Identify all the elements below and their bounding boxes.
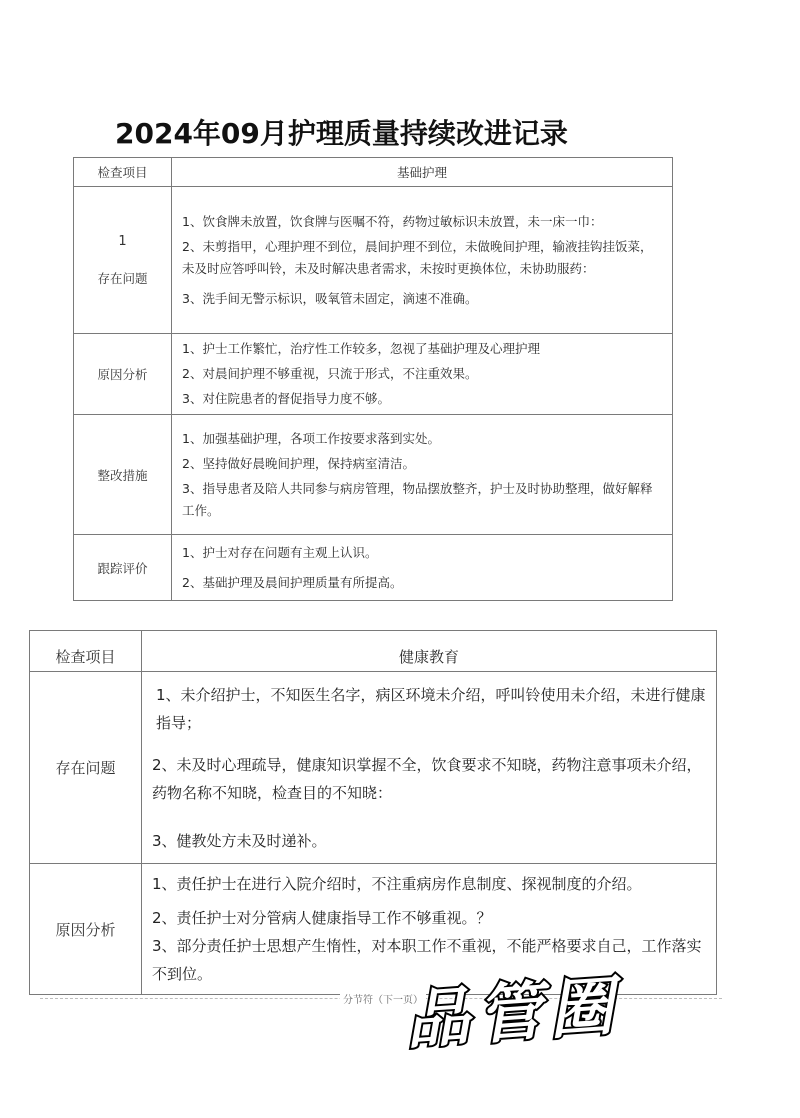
row-label: 跟踪评价 [74,535,172,601]
list-item: 2、对晨间护理不够重视，只流于形式，不注重效果。 [182,363,662,385]
list-item: 3、指导患者及陪人共同参与病房管理，物品摆放整齐，护士及时协助整理，做好解释工作… [182,478,662,522]
table-row-cause-analysis: 原因分析 1、护士工作繁忙，治疗性工作较多，忽视了基础护理及心理护理 2、对晨间… [74,334,673,415]
table-row-problems: 1 存在问题 1、饮食牌未放置，饮食牌与医嘱不符，药物过敏标识未放置，未一床一巾… [74,187,673,334]
row-label: 原因分析 [74,334,172,415]
table-header-row: 检查项目 健康教育 [30,631,717,672]
list-item: 3、对住院患者的督促指导力度不够。 [182,388,662,410]
list-item: 2、责任护士对分管病人健康指导工作不够重视。？ [152,904,706,932]
list-item: 2、坚持做好晨晚间护理，保持病室清洁。 [182,453,662,475]
table-header-row: 检查项目 基础护理 [74,158,673,187]
row-content-problems: 1、未介绍护士，不知医生名字，病区环境未介绍，呼叫铃使用未介绍，未进行健康指导；… [142,672,717,864]
watermark-logo: 品管圈 [402,955,624,1062]
header-category: 健康教育 [142,631,717,672]
basic-care-table: 检查项目 基础护理 1 存在问题 1、饮食牌未放置，饮食牌与医嘱不符，药物过敏标… [73,157,673,601]
row-number: 1 [74,234,171,249]
list-item: 2、基础护理及晨间护理质量有所提高。 [182,572,662,594]
health-education-table: 检查项目 健康教育 存在问题 1、未介绍护士，不知医生名字，病区环境未介绍，呼叫… [29,630,717,995]
row-label: 存在问题 [97,271,147,286]
table-row-corrective-measures: 整改措施 1、加强基础护理，各项工作按要求落到实处。 2、坚持做好晨晚间护理，保… [74,415,673,535]
list-item: 3、健教处方未及时递补。 [152,827,706,855]
row-content-problems: 1、饮食牌未放置，饮食牌与医嘱不符，药物过敏标识未放置，未一床一巾： 2、未剪指… [172,187,673,334]
list-item: 1、护士对存在问题有主观上认识。 [182,542,662,564]
row-content-follow-up: 1、护士对存在问题有主观上认识。 2、基础护理及晨间护理质量有所提高。 [172,535,673,601]
row-label: 原因分析 [30,864,142,995]
list-item: 1、加强基础护理，各项工作按要求落到实处。 [182,428,662,450]
table-row-problems: 存在问题 1、未介绍护士，不知医生名字，病区环境未介绍，呼叫铃使用未介绍，未进行… [30,672,717,864]
row-label: 整改措施 [74,415,172,535]
table-row-follow-up: 跟踪评价 1、护士对存在问题有主观上认识。 2、基础护理及晨间护理质量有所提高。 [74,535,673,601]
list-item: 1、饮食牌未放置，饮食牌与医嘱不符，药物过敏标识未放置，未一床一巾： [182,211,662,233]
row-content-cause-analysis: 1、护士工作繁忙，治疗性工作较多，忽视了基础护理及心理护理 2、对晨间护理不够重… [172,334,673,415]
document-title: 2024年09月护理质量持续改进记录 [115,112,568,152]
row-content-corrective-measures: 1、加强基础护理，各项工作按要求落到实处。 2、坚持做好晨晚间护理，保持病室清洁… [172,415,673,535]
list-item: 2、未剪指甲，心理护理不到位，晨间护理不到位，未做晚间护理，输液挂钩挂饭菜，未及… [182,236,662,280]
list-item: 2、未及时心理疏导，健康知识掌握不全，饮食要求不知晓，药物注意事项未介绍，药物名… [152,751,706,807]
header-label: 检查项目 [74,158,172,187]
list-item: 3、洗手间无警示标识，吸氧管未固定，滴速不准确。 [182,288,662,310]
header-category: 基础护理 [172,158,673,187]
row-label: 存在问题 [30,672,142,864]
row-label-problems: 1 存在问题 [74,187,172,334]
header-label: 检查项目 [30,631,142,672]
list-item: 1、护士工作繁忙，治疗性工作较多，忽视了基础护理及心理护理 [182,338,662,360]
list-item: 1、未介绍护士，不知医生名字，病区环境未介绍，呼叫铃使用未介绍，未进行健康指导； [152,681,706,737]
list-item: 1、责任护士在进行入院介绍时，不注重病房作息制度、探视制度的介绍。 [152,870,706,898]
